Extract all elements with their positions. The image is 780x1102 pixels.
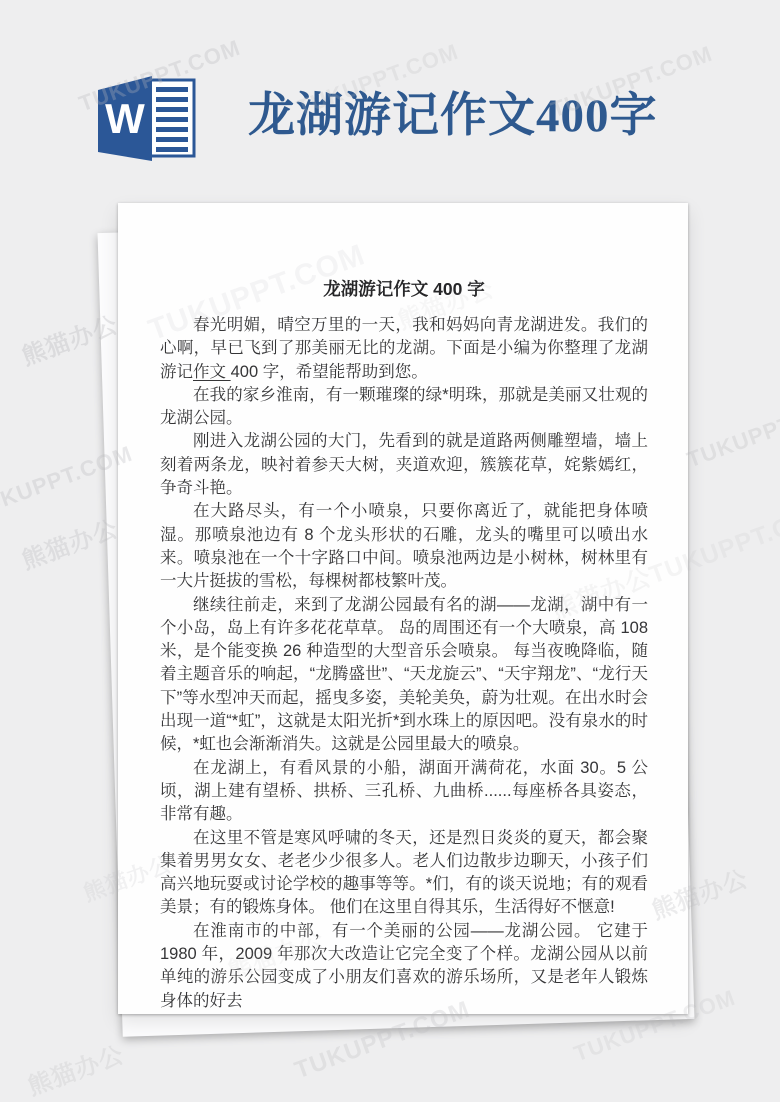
- preview-page: TUKUPPT.COM TUKUPPT.COM TUKUPPT.COM 熊猫办公…: [0, 0, 780, 1102]
- essay-paragraph: 在龙湖上，有看风景的小船，湖面开满荷花，水面 30。5 公顷，湖上建有望桥、拱桥…: [160, 757, 648, 827]
- document-page: 龙湖游记作文 400 字 春光明媚，晴空万里的一天，我和妈妈向青龙湖进发。我们的…: [118, 203, 688, 1014]
- essay-paragraph: 春光明媚，晴空万里的一天，我和妈妈向青龙湖进发。我们的心啊，早已飞到了那美丽无比…: [160, 314, 648, 384]
- essay-paragraph: 继续往前走，来到了龙湖公园最有名的湖——龙湖，湖中有一个小岛，岛上有许多花花草草…: [160, 594, 648, 757]
- svg-text:W: W: [105, 95, 145, 142]
- watermark-text: 熊猫办公: [22, 1035, 128, 1102]
- essay-paragraph: 在我的家乡淮南，有一颗璀璨的绿*明珠，那就是美丽又壮观的龙湖公园。: [160, 384, 648, 431]
- essay-paragraph: 在淮南市的中部，有一个美丽的公园——龙湖公园。 它建于 1980 年，2009 …: [160, 920, 648, 1013]
- essay-paragraph: 在大路尽头，有一个小喷泉，只要你离近了，就能把身体喷湿。那喷泉池边有 8 个龙头…: [160, 500, 648, 593]
- page-title: 龙湖游记作文400字: [248, 78, 658, 145]
- watermark-text: TUKUPPT.COM: [684, 391, 780, 474]
- document-title: 龙湖游记作文 400 字: [160, 276, 648, 301]
- underlined-phrase: 作文: [193, 363, 231, 381]
- header: W 龙湖游记作文400字: [0, 0, 780, 200]
- essay-paragraph: 刚进入龙湖公园的大门，先看到的就是道路两侧雕塑墙，墙上刻着两条龙，映衬着参天大树…: [160, 430, 648, 500]
- essay-body: 春光明媚，晴空万里的一天，我和妈妈向青龙湖进发。我们的心啊，早已飞到了那美丽无比…: [160, 314, 648, 1013]
- essay-paragraph: 在这里不管是寒风呼啸的冬天，还是烈日炎炎的夏天，都会聚集着男男女女、老老少少很多…: [160, 827, 648, 920]
- word-logo-icon: W: [98, 64, 198, 168]
